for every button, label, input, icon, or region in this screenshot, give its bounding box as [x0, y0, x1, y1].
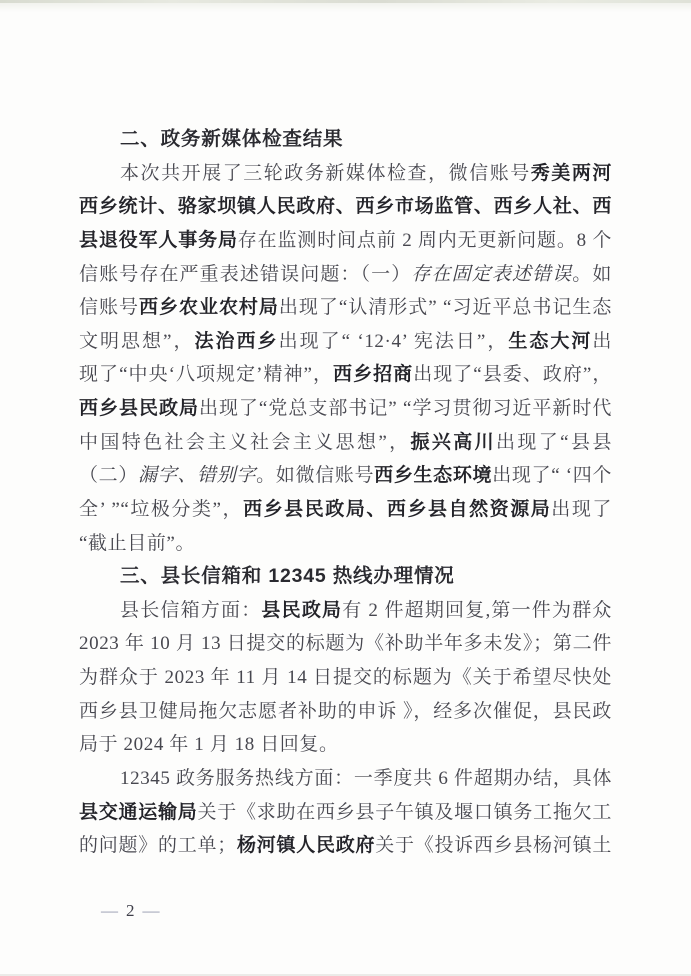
text-run: 现了“中央‘八项规定’精神”，	[79, 364, 333, 385]
text-run: 信账号	[79, 297, 139, 318]
text-line: 2023 年 10 月 13 日提交的标题为《补助半年多未发》；第二件	[79, 627, 612, 661]
text-run: 。如微信账号	[256, 465, 374, 486]
text-run: 2023 年 10 月 13 日提交的标题为《补助半年多未发》；第二件	[79, 633, 612, 654]
text-run: 出	[592, 331, 612, 352]
text-run: （二）	[79, 465, 138, 486]
text-line: 文明思想”，法治西乡出现了“ ‘12·4’ 宪法日”，生态大河出	[79, 325, 612, 359]
text-run: 出现了“党总支部书记” “学习贯彻习近平新时代	[199, 398, 612, 419]
text-run: 县长信箱方面：	[120, 600, 261, 621]
text-run: 局于 2024 年 1 月 18 日回复。	[79, 734, 339, 755]
text-line: 全’ ”“垃极分类”，西乡县民政局、西乡县自然资源局出现了	[79, 493, 612, 527]
text-run: 的问题》的工单；	[79, 835, 237, 856]
footer-right-dash: —	[136, 901, 168, 920]
text-line: 西乡县卫健局拖欠志愿者补助的申诉 》，经多次催促，县民政	[79, 695, 612, 729]
scan-edge-top-fade	[0, 3, 691, 12]
page-footer: —2—	[94, 901, 168, 921]
page-number: 2	[126, 901, 136, 920]
text-run: 西乡县卫健局拖欠志愿者补助的申诉 》，经多次催促，县民政	[79, 701, 612, 722]
text-line: 县退役军人事务局存在监测时间点前 2 周内无更新问题。8 个微	[79, 224, 612, 258]
footer-left-dash: —	[94, 901, 126, 920]
text-line: 西乡统计、骆家坝镇人民政府、西乡市场监管、西乡人社、西乡	[79, 190, 612, 224]
bold-run: 西乡统计、骆家坝镇人民政府、西乡市场监管、西乡人社、西乡	[79, 196, 612, 224]
text-run: 出现了“县委、政府”，	[413, 364, 612, 385]
bold-run: 振兴高川	[411, 432, 497, 453]
text-run: “截止目前”。	[79, 533, 195, 554]
text-line: 信账号存在严重表述错误问题：（一）存在固定表述错误。如微	[79, 258, 612, 292]
text-run: 全’ ”“垃极分类”，	[79, 499, 243, 520]
bold-run: 县交通运输局	[79, 802, 197, 823]
text-line: （二）漏字、错别字。如微信账号西乡生态环境出现了“ ‘四个	[79, 459, 612, 493]
bold-run: 西乡农业农村局	[139, 297, 279, 318]
text-line: 12345 政务服务热线方面：一季度共 6 件超期办结，具体为：	[79, 762, 612, 796]
bold-run: 西乡招商	[333, 364, 413, 385]
text-run: 三、县长信箱和 12345 热线办理情况	[120, 565, 455, 587]
bold-run: 县民政局	[261, 600, 342, 621]
section-heading: 三、县长信箱和 12345 热线办理情况	[79, 560, 612, 594]
text-line: 的问题》的工单；杨河镇人民政府关于《投诉西乡县杨河镇土地	[79, 829, 612, 863]
text-line: 县交通运输局关于《求助在西乡县子午镇及堰口镇务工拖欠工资	[79, 796, 612, 830]
text-run: 为群众于 2023 年 11 月 14 日提交的标题为《关于希望尽快处理	[79, 667, 612, 695]
italic-run: 存在固定表述错误	[411, 264, 572, 285]
text-run: 出现了	[551, 499, 612, 520]
text-line: 西乡县民政局出现了“党总支部书记” “学习贯彻习近平新时代	[79, 392, 612, 426]
document-lines: 二、政务新媒体检查结果本次共开展了三轮政务新媒体检查，微信账号秀美两河口、西乡统…	[79, 123, 612, 863]
text-line: 中国特色社会主义社会主义思想”，振兴高川出现了“县县委”。	[79, 426, 612, 460]
text-run: 出现了“认清形式” “习近平总书记生态	[279, 297, 612, 318]
text-line: 现了“中央‘八项规定’精神”，西乡招商出现了“县委、政府”，	[79, 358, 612, 392]
text-run: 文明思想”，	[79, 331, 195, 352]
bold-run: 县退役军人事务局	[79, 230, 238, 251]
bold-run: 西乡生态环境	[374, 465, 492, 486]
text-run: 出现了“ ‘四个	[492, 465, 612, 486]
bold-run: 杨河镇人民政府	[237, 835, 375, 856]
text-line: 信账号西乡农业农村局出现了“认清形式” “习近平总书记生态	[79, 291, 612, 325]
bold-run: 西乡县民政局	[79, 398, 199, 419]
text-line: 本次共开展了三轮政务新媒体检查，微信账号秀美两河口、	[79, 157, 612, 191]
text-line: “截止目前”。	[79, 527, 612, 561]
bold-run: 生态大河	[508, 331, 592, 352]
scanned-document-page: { "colors": { "page_background": "#fdfdf…	[0, 0, 691, 976]
text-run: 中国特色社会主义社会主义思想”，	[79, 432, 411, 453]
text-run: 本次共开展了三轮政务新媒体检查，微信账号	[120, 163, 531, 184]
bold-run: 西乡县民政局、西乡县自然资源局	[243, 499, 551, 520]
text-run: 出现了“ ‘12·4’ 宪法日”，	[279, 331, 509, 352]
section-heading: 二、政务新媒体检查结果	[79, 123, 612, 157]
text-run: 12345 政务服务热线方面：一季度共 6 件超期办结，具体为：	[79, 768, 612, 796]
text-line: 为群众于 2023 年 11 月 14 日提交的标题为《关于希望尽快处理	[79, 661, 612, 695]
italic-run: 漏字、错别字	[138, 465, 256, 486]
text-run: 二、政务新媒体检查结果	[120, 128, 343, 150]
text-run: 信账号存在严重表述错误问题：（一）	[79, 264, 411, 285]
text-line: 局于 2024 年 1 月 18 日回复。	[79, 728, 612, 762]
text-line: 县长信箱方面：县民政局有 2 件超期回复,第一件为群众于	[79, 594, 612, 628]
bold-run: 法治西乡	[195, 331, 279, 352]
